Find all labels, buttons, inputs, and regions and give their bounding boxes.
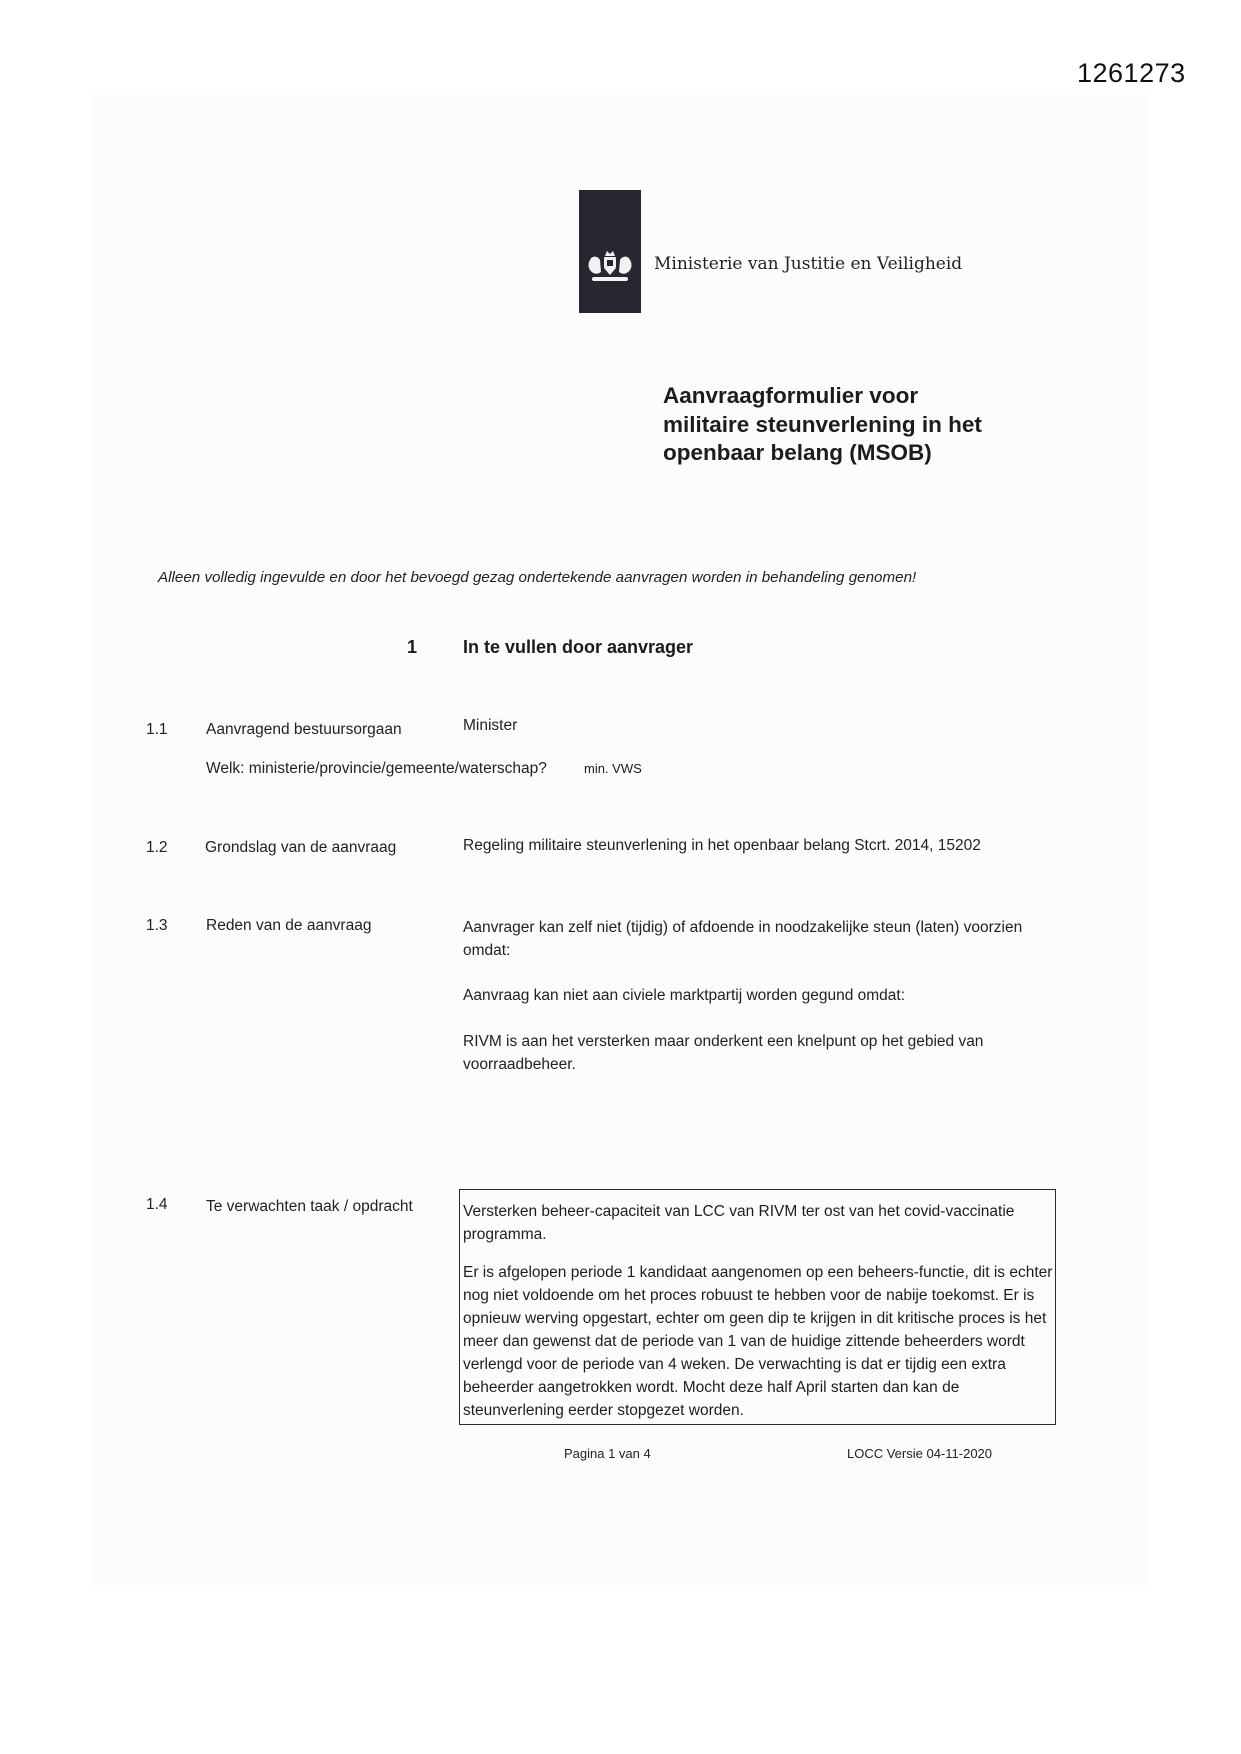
field-label-which-authority: Welk: ministerie/provincie/gemeente/wate… bbox=[206, 760, 547, 778]
field-value-legal-basis: Regeling militaire steunverlening in het… bbox=[463, 834, 981, 857]
expected-task-paragraph: Er is afgelopen periode 1 kandidaat aang… bbox=[463, 1261, 1053, 1422]
field-label-legal-basis: Grondslag van de aanvraag bbox=[205, 839, 396, 857]
form-version: LOCC Versie 04-11-2020 bbox=[847, 1446, 992, 1461]
form-title: Aanvraagformulier voor militaire steunve… bbox=[663, 382, 982, 468]
form-title-line: militaire steunverlening in het bbox=[663, 411, 982, 440]
dutch-coat-of-arms-icon bbox=[584, 250, 636, 286]
form-title-line: openbaar belang (MSOB) bbox=[663, 439, 982, 468]
field-value-reason-unable: Aanvrager kan zelf niet (tijdig) of afdo… bbox=[463, 916, 1033, 962]
section-number: 1 bbox=[407, 637, 417, 658]
ministry-name: Ministerie van Justitie en Veiligheid bbox=[654, 254, 962, 274]
completion-notice: Alleen volledig ingevulde en door het be… bbox=[158, 569, 988, 586]
field-number-1-4: 1.4 bbox=[146, 1196, 168, 1214]
field-label-requesting-authority: Aanvragend bestuursorgaan bbox=[206, 721, 402, 739]
field-number-1-3: 1.3 bbox=[146, 917, 168, 935]
document-number: 1261273 bbox=[1077, 58, 1186, 89]
field-value-requesting-authority: Minister bbox=[463, 714, 517, 737]
page-number: Pagina 1 van 4 bbox=[564, 1446, 651, 1461]
form-title-line: Aanvraagformulier voor bbox=[663, 382, 982, 411]
field-value-which-authority: min. VWS bbox=[584, 761, 642, 776]
ministry-logo bbox=[579, 190, 641, 313]
field-label-expected-task: Te verwachten taak / opdracht bbox=[206, 1198, 413, 1216]
field-value-reason-no-market: Aanvraag kan niet aan civiele marktparti… bbox=[463, 984, 1033, 1007]
field-number-1-2: 1.2 bbox=[146, 839, 168, 857]
field-value-reason-detail: RIVM is aan het versterken maar onderken… bbox=[463, 1030, 1033, 1076]
expected-task-textbox[interactable]: Versterken beheer-capaciteit van LCC van… bbox=[459, 1189, 1056, 1425]
field-number-1-1: 1.1 bbox=[146, 721, 168, 739]
field-label-request-reason: Reden van de aanvraag bbox=[206, 917, 371, 935]
section-title: In te vullen door aanvrager bbox=[463, 637, 693, 658]
expected-task-paragraph: Versterken beheer-capaciteit van LCC van… bbox=[463, 1200, 1053, 1246]
